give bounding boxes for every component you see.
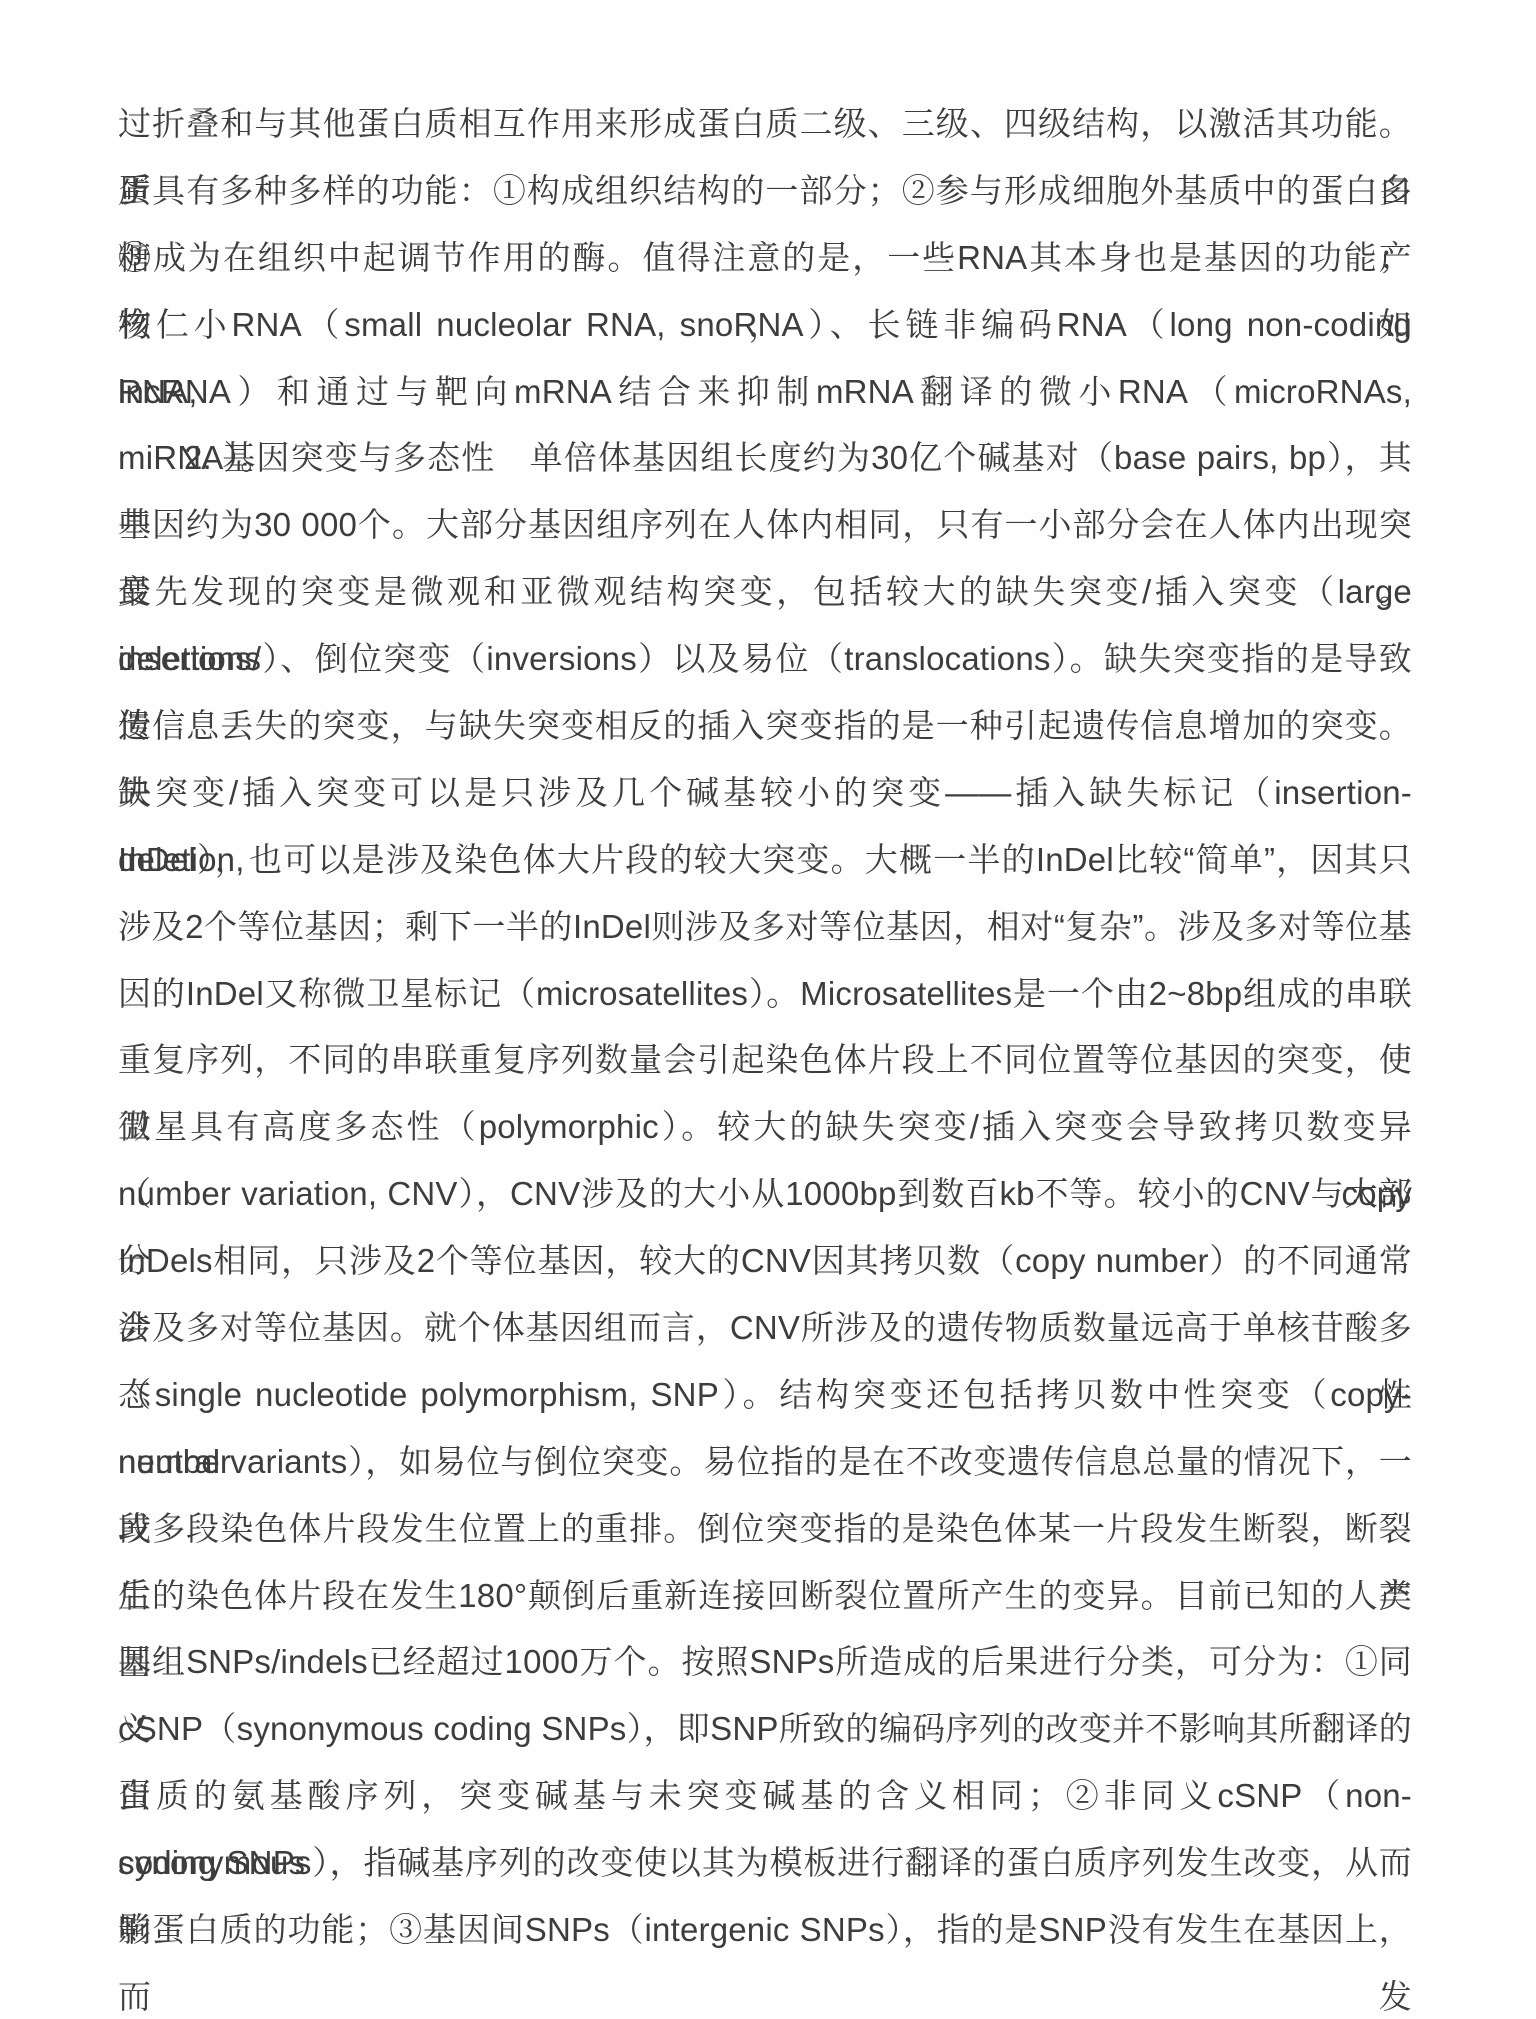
text-line: 核仁小RNA（small nucleolar RNA, snoRNA）、长链非编… bbox=[118, 292, 1412, 359]
text-line: 最先发现的突变是微观和亚微观结构突变，包括较大的缺失突变/插入突变（large … bbox=[118, 559, 1412, 626]
text-line: （single nucleotide polymorphism, SNP）。结构… bbox=[118, 1362, 1412, 1429]
text-line: 响蛋白质的功能；③基因间SNPs（intergenic SNPs），指的是SNP… bbox=[118, 1897, 1412, 1964]
text-line-paragraph-start: 2. 基因突变与多态性 单倍体基因组长度约为30亿个碱基对（base pairs… bbox=[118, 425, 1412, 492]
text-line: 因的InDel又称微卫星标记（microsatellites）。Microsat… bbox=[118, 961, 1412, 1028]
text-line: cSNP（synonymous coding SNPs），即SNP所致的编码序列… bbox=[118, 1696, 1412, 1763]
text-line: 白质的氨基酸序列，突变碱基与未突变碱基的含义相同；②非同义cSNP（non-sy… bbox=[118, 1763, 1412, 1830]
text-line: coding SNPs），指碱基序列的改变使以其为模板进行翻译的蛋白质序列发生改… bbox=[118, 1830, 1412, 1897]
text-line: number variation, CNV），CNV涉及的大小从1000bp到数… bbox=[118, 1161, 1412, 1228]
text-line: 卫星具有高度多态性（polymorphic）。较大的缺失突变/插入突变会导致拷贝… bbox=[118, 1094, 1412, 1161]
text-line: neutral variants），如易位与倒位突变。易位指的是在不改变遗传信息… bbox=[118, 1429, 1412, 1496]
text-line: 基因约为30 000个。大部分基因组序列在人体内相同，只有一小部分会在人体内出现… bbox=[118, 492, 1412, 559]
text-line: 因组SNPs/indels已经超过1000万个。按照SNPs所造成的后果进行分类… bbox=[118, 1629, 1412, 1696]
document-page: 过折叠和与其他蛋白质相互作用来形成蛋白质二级、三级、四级结构，以激活其功能。蛋白… bbox=[118, 91, 1412, 1964]
text-line: InDel），也可以是涉及染色体大片段的较大突变。大概一半的InDel比较“简单… bbox=[118, 827, 1412, 894]
text-line: ③成为在组织中起调节作用的酶。值得注意的是，一些RNA其本身也是基因的功能产物，… bbox=[118, 225, 1412, 292]
text-line: InDels相同，只涉及2个等位基因，较大的CNV因其拷贝数（copy numb… bbox=[118, 1228, 1412, 1295]
text-line: 过折叠和与其他蛋白质相互作用来形成蛋白质二级、三级、四级结构，以激活其功能。蛋白 bbox=[118, 91, 1412, 158]
text-line: 重复序列，不同的串联重复序列数量会引起染色体片段上不同位置等位基因的突变，使微 bbox=[118, 1027, 1412, 1094]
text-line: 失突变/插入突变可以是只涉及几个碱基较小的突变——插入缺失标记（insertio… bbox=[118, 760, 1412, 827]
text-line: 质具有多种多样的功能：①构成组织结构的一部分；②参与形成细胞外基质中的蛋白多糖； bbox=[118, 158, 1412, 225]
text-line: 生的染色体片段在发生180°颠倒后重新连接回断裂位置所产生的变异。目前已知的人类… bbox=[118, 1563, 1412, 1630]
text-line-paragraph-end: lncRNA）和通过与靶向mRNA结合来抑制mRNA翻译的微小RNA（micro… bbox=[118, 359, 1412, 426]
text-line: 涉及2个等位基因；剩下一半的InDel则涉及多对等位基因，相对“复杂”。涉及多对… bbox=[118, 894, 1412, 961]
text-line: 传信息丢失的突变，与缺失突变相反的插入突变指的是一种引起遗传信息增加的突变。缺 bbox=[118, 693, 1412, 760]
text-line: 或多段染色体片段发生位置上的重排。倒位突变指的是染色体某一片段发生断裂，断裂后产 bbox=[118, 1496, 1412, 1563]
text-line: 涉及多对等位基因。就个体基因组而言，CNV所涉及的遗传物质数量远高于单核苷酸多态… bbox=[118, 1295, 1412, 1362]
text-line: insertions）、倒位突变（inversions）以及易位（translo… bbox=[118, 626, 1412, 693]
